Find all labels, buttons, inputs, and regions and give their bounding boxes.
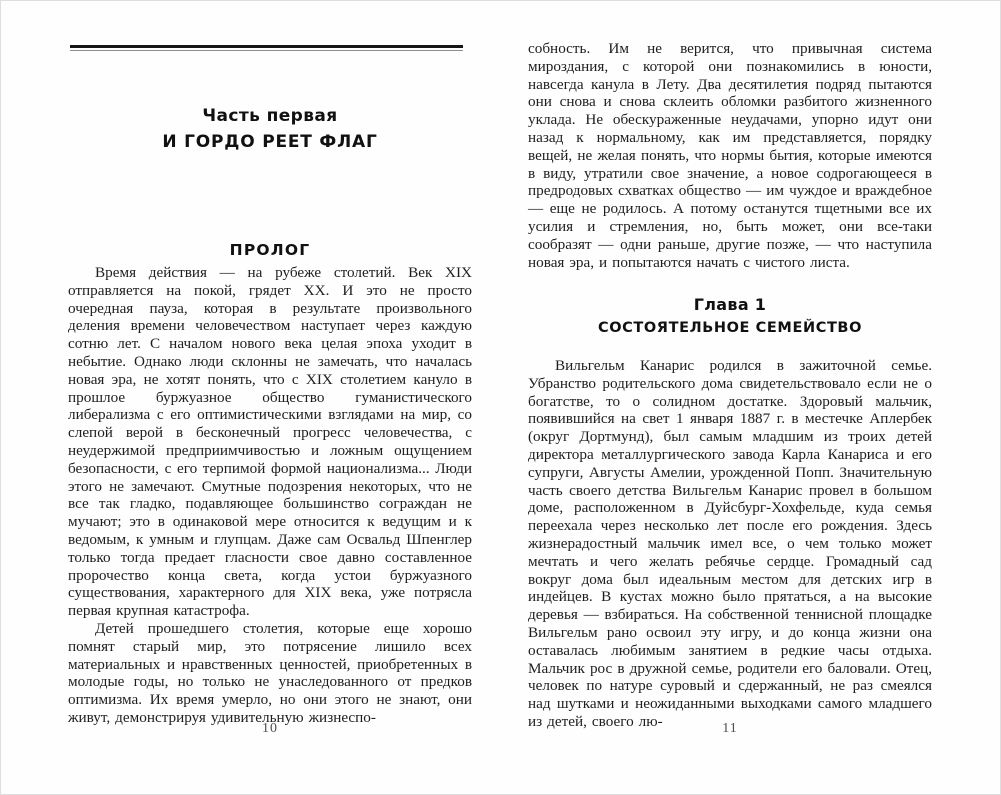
chapter-label: Глава 1 [528,295,932,314]
rule-thick-line [70,45,463,48]
body-paragraph: Вильгельм Канарис родился в зажиточной с… [528,357,932,731]
book-spread: Часть первая И ГОРДО РЕЕТ ФЛАГ ПРОЛОГ Вр… [0,0,1001,795]
page-number-left: 10 [68,721,472,737]
prologue-heading: ПРОЛОГ [68,241,472,259]
right-page-continuation: собность. Им не верится, что привычная с… [528,40,932,271]
rule-thin-line [70,50,463,51]
body-paragraph: Время действия — на рубеже столетий. Век… [68,264,472,620]
part-label: Часть первая [68,106,472,126]
right-page-body: Вильгельм Канарис родился в зажиточной с… [528,357,932,731]
chapter-title: СОСТОЯТЕЛЬНОЕ СЕМЕЙСТВО [528,320,932,336]
decorative-double-rule [70,45,463,51]
part-title: И ГОРДО РЕЕТ ФЛАГ [68,132,472,152]
body-paragraph: Детей прошедшего столетия, которые еще х… [68,620,472,727]
body-paragraph-continuation: собность. Им не верится, что привычная с… [528,40,932,271]
page-right: собность. Им не верится, что привычная с… [528,0,932,795]
page-number-right: 11 [528,721,932,737]
page-left: Часть первая И ГОРДО РЕЕТ ФЛАГ ПРОЛОГ Вр… [68,0,472,795]
left-page-body: Время действия — на рубеже столетий. Век… [68,264,472,727]
